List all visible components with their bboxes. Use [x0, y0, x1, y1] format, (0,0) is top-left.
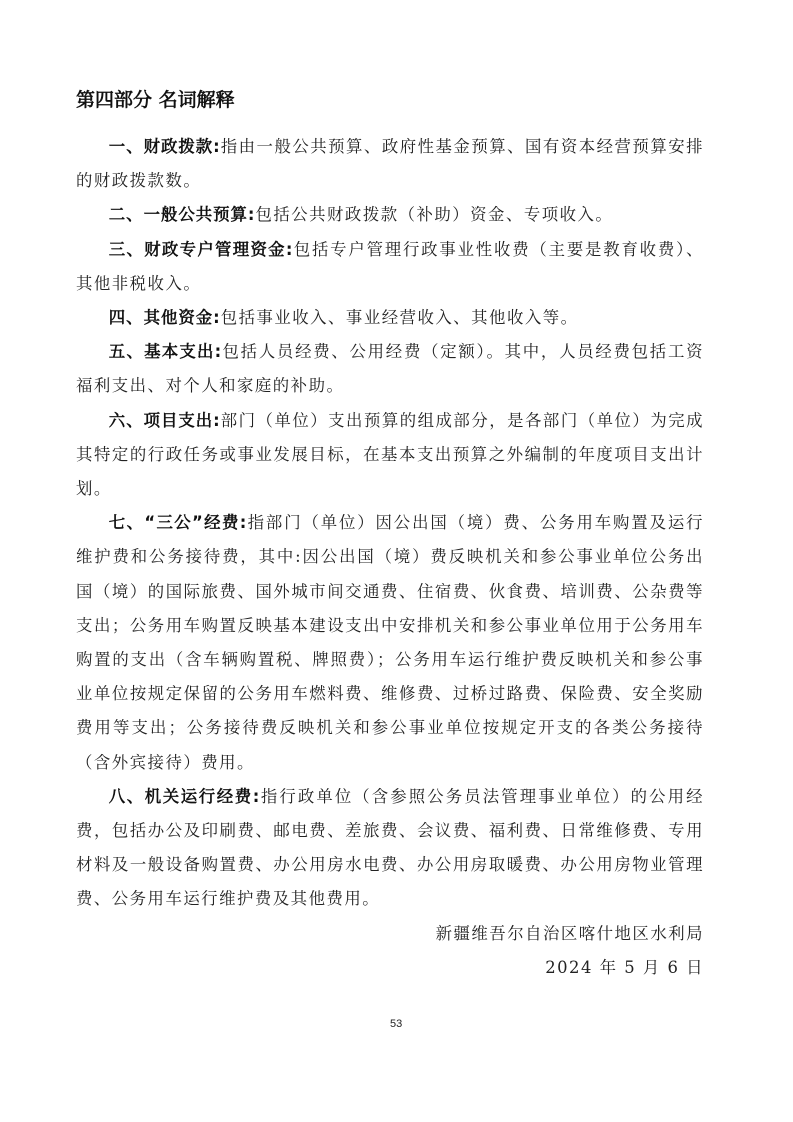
definition-term: 七、“三公”经费: [109, 513, 247, 532]
definition-term: 三、财政专户管理资金: [109, 240, 294, 259]
signature-organization: 新疆维吾尔自治区喀什地区水利局 [76, 917, 704, 951]
definition-text: 包括事业收入、事业经营收入、其他收入等。 [221, 308, 579, 327]
definition-6: 六、项目支出:部门（单位）支出预算的组成部分，是各部门（单位）为完成其特定的行政… [76, 404, 704, 507]
definition-text: 指部门（单位）因公出国（境）费、公务用车购置及运行维护费和公务接待费，其中:因公… [76, 513, 704, 771]
definition-text: 包括公共财政拨款（补助）资金、专项收入。 [255, 205, 613, 224]
definition-5: 五、基本支出:包括人员经费、公用经费（定额）。其中，人员经费包括工资福利支出、对… [76, 335, 704, 403]
definition-8: 八、机关运行经费:指行政单位（含参照公务员法管理事业单位）的公用经费，包括办公及… [76, 780, 704, 917]
definition-2: 二、一般公共预算:包括公共财政拨款（补助）资金、专项收入。 [76, 198, 704, 232]
definition-3: 三、财政专户管理资金:包括专户管理行政事业性收费（主要是教育收费）、其他非税收入… [76, 233, 704, 301]
definition-term: 一、财政拨款: [109, 137, 221, 156]
section-title: 第四部分 名词解释 [76, 86, 704, 114]
definition-term: 八、机关运行经费: [109, 787, 260, 806]
signature-date: 2024 年 5 月 6 日 [76, 951, 704, 985]
definition-term: 五、基本支出: [109, 342, 222, 361]
definition-4: 四、其他资金:包括事业收入、事业经营收入、其他收入等。 [76, 301, 704, 335]
definition-1: 一、财政拨款:指由一般公共预算、政府性基金预算、国有资本经营预算安排的财政拨款数… [76, 130, 704, 198]
definition-term: 四、其他资金: [109, 308, 221, 327]
page-number: 53 [390, 1018, 402, 1030]
definition-term: 六、项目支出: [109, 411, 221, 430]
definition-term: 二、一般公共预算: [109, 205, 256, 224]
document-page: 第四部分 名词解释 一、财政拨款:指由一般公共预算、政府性基金预算、国有资本经营… [76, 86, 704, 985]
definition-7: 七、“三公”经费:指部门（单位）因公出国（境）费、公务用车购置及运行维护费和公务… [76, 506, 704, 780]
